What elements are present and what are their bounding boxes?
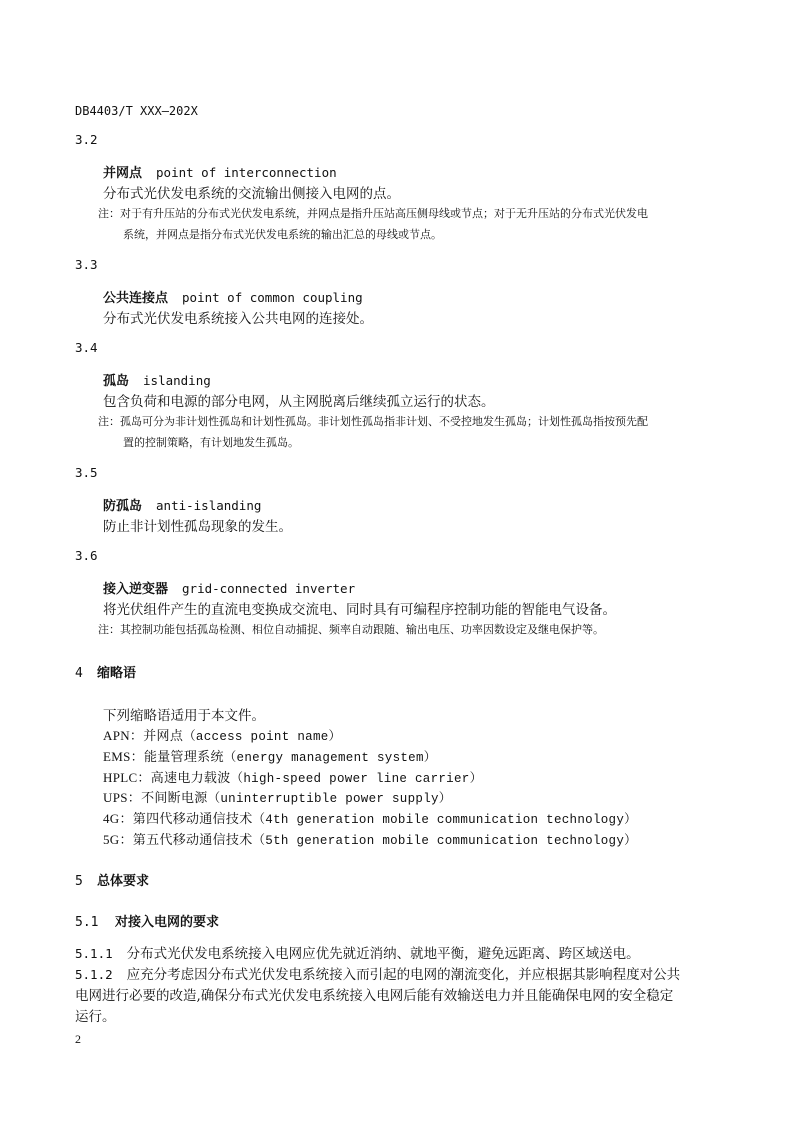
term-definition: 分布式光伏发电系统接入公共电网的连接处。 — [103, 307, 373, 327]
section-title: 缩略语 — [97, 666, 136, 681]
abbr-en: （high-speed power line carrier） — [231, 772, 483, 786]
clause-number: 5.1.1 — [75, 946, 113, 961]
document-header-id: DB4403/T XXX—202X — [75, 104, 198, 118]
abbr-zh: 不间断电源 — [141, 790, 208, 805]
term-heading: 公共连接点point of common coupling — [103, 287, 363, 306]
abbr-en: （5th generation mobile communication tec… — [253, 834, 637, 848]
section-heading: 5总体要求 — [75, 870, 149, 889]
term-en: point of interconnection — [156, 165, 337, 180]
clause-paragraph: 5.1.2应充分考虑因分布式光伏发电系统接入而引起的电网的潮流变化，并应根据其影… — [75, 963, 680, 983]
term-note: 注：孤岛可分为非计划性孤岛和计划性孤岛。非计划性孤岛指非计划、不受控地发生孤岛；… — [98, 413, 648, 429]
section-number: 4 — [75, 666, 97, 681]
term-definition: 防止非计划性孤岛现象的发生。 — [103, 515, 292, 535]
abbr-zh: 能量管理系统 — [144, 749, 224, 764]
subsection-number: 5.1 — [75, 915, 115, 930]
abbr-code: EMS： — [103, 749, 144, 764]
abbr-zh: 高速电力载波 — [151, 770, 231, 785]
term-note: 注：对于有升压站的分布式光伏发电系统，并网点是指升压站高压侧母线或节点；对于无升… — [98, 205, 648, 221]
section-number: 5 — [75, 874, 97, 889]
abbr-en: （4th generation mobile communication tec… — [253, 813, 637, 827]
term-note-continued: 系统，并网点是指分布式光伏发电系统的输出汇总的母线或节点。 — [123, 226, 442, 242]
abbr-code: APN： — [103, 728, 143, 743]
abbr-code: HPLC： — [103, 770, 151, 785]
abbr-code: 5G： — [103, 832, 133, 847]
subsection-title: 对接入电网的要求 — [115, 915, 219, 930]
abbr-en: （uninterruptible power supply） — [208, 792, 452, 806]
term-definition: 将光伏组件产生的直流电变换成交流电、同时具有可编程序控制功能的智能电气设备。 — [103, 598, 616, 618]
clause-number: 3.6 — [75, 548, 98, 563]
clause-paragraph: 5.1.1分布式光伏发电系统接入电网应优先就近消纳、就地平衡，避免远距离、跨区域… — [75, 942, 640, 962]
term-note: 注：其控制功能包括孤岛检测、相位自动捕捉、频率自动跟随、输出电压、功率因数设定及… — [98, 621, 604, 637]
term-zh: 孤岛 — [103, 374, 129, 389]
clause-text: 应充分考虑因分布式光伏发电系统接入而引起的电网的潮流变化，并应根据其影响程度对公… — [127, 967, 681, 983]
clause-text-continued: 电网进行必要的改造,确保分布式光伏发电系统接入电网后能有效输送电力并且能确保电网… — [75, 984, 673, 1004]
term-zh: 接入逆变器 — [103, 582, 168, 597]
term-heading: 孤岛islanding — [103, 370, 211, 389]
term-en: grid-connected inverter — [182, 581, 355, 596]
term-zh: 公共连接点 — [103, 291, 168, 306]
abbreviation-item: EMS：能量管理系统（energy management system） — [103, 746, 437, 765]
abbreviation-item: 5G：第五代移动通信技术（5th generation mobile commu… — [103, 829, 637, 848]
term-en: anti-islanding — [156, 498, 261, 513]
abbreviation-item: 4G：第四代移动通信技术（4th generation mobile commu… — [103, 808, 637, 827]
clause-number: 3.5 — [75, 465, 98, 480]
term-en: islanding — [143, 373, 211, 388]
term-zh: 并网点 — [103, 166, 142, 181]
clause-text: 分布式光伏发电系统接入电网应优先就近消纳、就地平衡，避免远距离、跨区域送电。 — [127, 946, 640, 962]
clause-number: 5.1.2 — [75, 967, 113, 982]
clause-number: 3.3 — [75, 257, 98, 272]
abbr-en: （energy management system） — [224, 751, 437, 765]
abbr-en: （access point name） — [183, 730, 341, 744]
abbr-zh: 第四代移动通信技术 — [133, 811, 253, 826]
subsection-heading: 5.1对接入电网的要求 — [75, 911, 219, 930]
term-heading: 接入逆变器grid-connected inverter — [103, 578, 355, 597]
abbreviation-item: APN：并网点（access point name） — [103, 725, 341, 744]
section-intro: 下列缩略语适用于本文件。 — [103, 704, 265, 724]
clause-number: 3.4 — [75, 340, 98, 355]
section-heading: 4缩略语 — [75, 662, 136, 681]
section-title: 总体要求 — [97, 874, 149, 889]
page-number: 2 — [75, 1032, 81, 1047]
term-definition: 分布式光伏发电系统的交流输出侧接入电网的点。 — [103, 182, 400, 202]
clause-text-continued: 运行。 — [75, 1005, 116, 1025]
term-note-continued: 置的控制策略，有计划地发生孤岛。 — [123, 434, 299, 450]
term-zh: 防孤岛 — [103, 499, 142, 514]
term-heading: 防孤岛anti-islanding — [103, 495, 261, 514]
term-definition: 包含负荷和电源的部分电网，从主网脱离后继续孤立运行的状态。 — [103, 390, 495, 410]
abbreviation-item: HPLC：高速电力载波（high-speed power line carrie… — [103, 767, 482, 786]
abbreviation-item: UPS：不间断电源（uninterruptible power supply） — [103, 787, 452, 806]
term-heading: 并网点point of interconnection — [103, 162, 337, 181]
abbr-code: UPS： — [103, 790, 141, 805]
clause-number: 3.2 — [75, 132, 98, 147]
abbr-zh: 第五代移动通信技术 — [133, 832, 253, 847]
abbr-zh: 并网点 — [143, 728, 183, 743]
term-en: point of common coupling — [182, 290, 363, 305]
abbr-code: 4G： — [103, 811, 133, 826]
